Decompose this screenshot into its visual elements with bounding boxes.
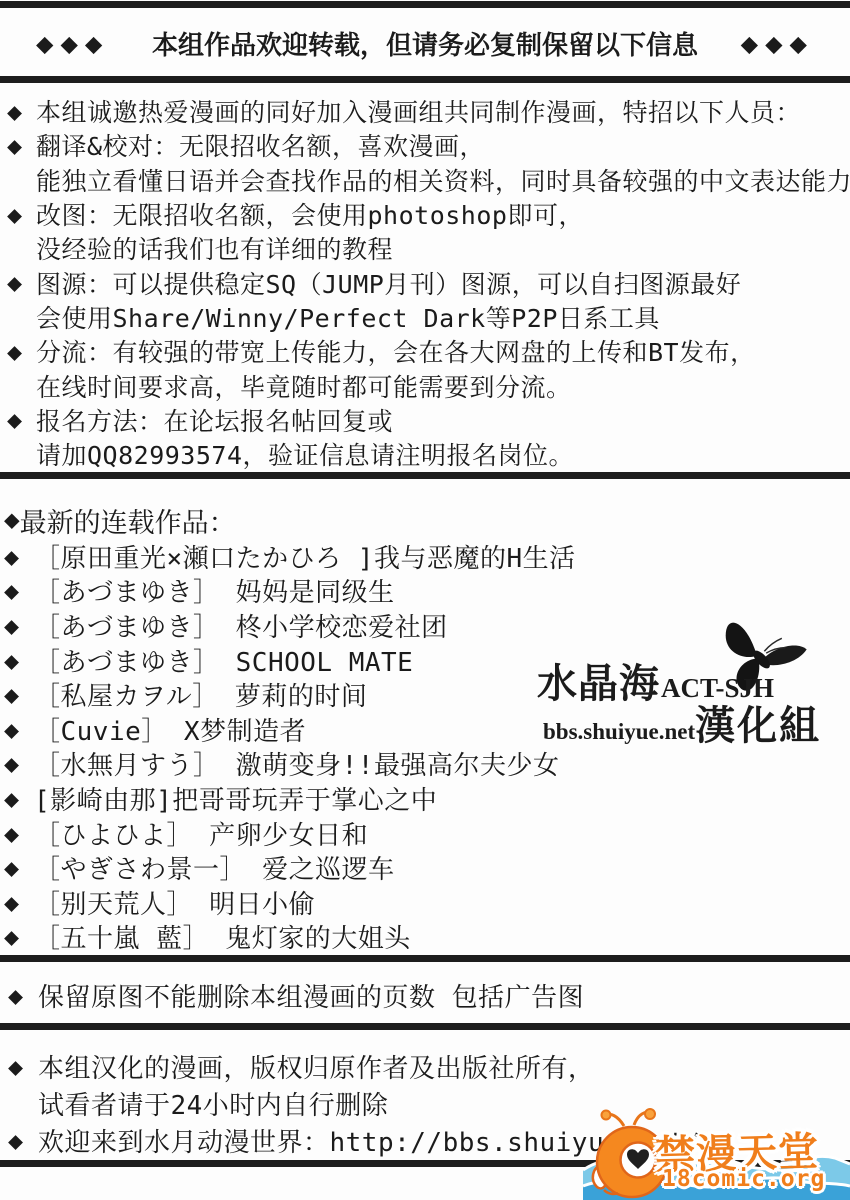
work-title: ［原田重光×瀬口たかひろ ]我与恶魔的H生活 — [34, 538, 576, 575]
recruit-text: 改图：无限招收名额，会使用photoshop即可， — [36, 196, 584, 232]
recruit-line: ◆分流：有较强的带宽上传能力，会在各大网盘的上传和BT发布， — [0, 334, 850, 368]
recruit-text: 能独立看懂日语并会查找作品的相关资料，同时具备较强的中文表达能力。 — [36, 162, 850, 198]
work-title: ［ひよひよ］ 产卵少女日和 — [34, 815, 368, 852]
divider-bar-notice-bottom — [0, 1023, 850, 1030]
logo-site-url: bbs.shuiyue.net — [543, 719, 695, 745]
recruit-line: 没经验的话我们也有详细的教程 — [0, 231, 850, 265]
footer-line: ◆本组汉化的漫画，版权归原作者及出版社所有， — [0, 1048, 850, 1085]
diamond-bullet-icon: ◆ — [0, 131, 36, 160]
recruit-line: 请加QQ82993574，验证信息请注明报名岗位。 — [0, 437, 850, 471]
work-item: ◆［五十嵐 藍］ 鬼灯家的大姐头 — [0, 920, 850, 955]
diamond-bullet-icon: ◆ — [0, 405, 36, 434]
page-title: 本组作品欢迎转载，但请务必复制保留以下信息 — [109, 25, 740, 62]
recruit-line: 能独立看懂日语并会查找作品的相关资料，同时具备较强的中文表达能力。 — [0, 163, 850, 197]
logo-group-suffix: 漢化組 — [695, 694, 821, 751]
work-item: ◆［别天荒人］ 明日小偷 — [0, 885, 850, 920]
diamond-bullet-icon: ◆ — [0, 542, 34, 571]
work-item: ◆［原田重光×瀬口たかひろ ]我与恶魔的H生活 — [0, 539, 850, 574]
recruit-text: 本组诚邀热爱漫画的同好加入漫画组共同制作漫画，特招以下人员： — [36, 93, 801, 129]
diamond-bullet-icon: ◆ — [0, 97, 36, 126]
diamond-bullet-icon: ◆ — [0, 200, 36, 229]
divider-bar-works — [0, 472, 850, 479]
diamond-bullet-icon: ◆ — [0, 337, 36, 366]
work-item: ◆［やぎさわ景一］ 爱之巡逻车 — [0, 850, 850, 885]
work-title: ［Cuvie］ X梦制造者 — [34, 711, 306, 748]
diamond-bullet-icon: ◆ — [0, 505, 20, 535]
diamond-bullet-icon: ◆ — [0, 1126, 38, 1155]
work-title: ［あづまゆき］ 柊小学校恋爱社团 — [34, 607, 448, 644]
diamond-bullet-icon: ◆ — [0, 981, 38, 1010]
notice-line: ◆保留原图不能删除本组漫画的页数 包括广告图 — [0, 978, 850, 1012]
work-item: ◆［ひよひよ］ 产卵少女日和 — [0, 816, 850, 851]
work-item: ◆［水無月すう］ 激萌变身!!最强高尔夫少女 — [0, 747, 850, 782]
watermark-site-url: 18comic.org — [662, 1166, 825, 1192]
divider-bar-notice-top — [0, 955, 850, 962]
works-heading-text: 最新的连载作品： — [20, 501, 236, 540]
work-title: ［あづまゆき］ SCHOOL MATE — [34, 642, 413, 679]
recruit-line: ◆改图：无限招收名额，会使用photoshop即可， — [0, 197, 850, 231]
diamond-deco-left: ◆◆◆ — [36, 26, 109, 60]
recruit-line: ◆报名方法：在论坛报名帖回复或 — [0, 403, 850, 437]
diamond-bullet-icon: ◆ — [0, 922, 34, 951]
divider-bar-header — [0, 76, 850, 83]
recruitment-section: ◆本组诚邀热爱漫画的同好加入漫画组共同制作漫画，特招以下人员： ◆翻译&校对：无… — [0, 94, 850, 471]
work-item: ◆［あづまゆき］ 妈妈是同级生 — [0, 574, 850, 609]
group-logo: 水晶海ACT-SJH bbs.shuiyue.net漢化組 — [535, 608, 830, 743]
diamond-bullet-icon: ◆ — [0, 576, 34, 605]
diamond-bullet-icon: ◆ — [0, 819, 34, 848]
work-title: ［水無月すう］ 激萌变身!!最强高尔夫少女 — [34, 745, 559, 782]
diamond-bullet-icon: ◆ — [0, 853, 34, 882]
recruit-line: 会使用Share/Winny/Perfect Dark等P2P日系工具 — [0, 300, 850, 334]
diamond-bullet-icon: ◆ — [0, 646, 34, 675]
work-title: ［别天荒人］ 明日小偷 — [34, 884, 315, 921]
diamond-bullet-icon: ◆ — [0, 749, 34, 778]
recruit-text: 翻译&校对：无限招收名额，喜欢漫画， — [36, 127, 485, 163]
recruit-text: 在线时间要求高，毕竟随时都可能需要到分流。 — [36, 368, 572, 404]
recruit-text: 分流：有较强的带宽上传能力，会在各大网盘的上传和BT发布， — [36, 333, 756, 369]
header-row: ◆◆◆ 本组作品欢迎转载，但请务必复制保留以下信息 ◆◆◆ — [0, 16, 850, 70]
work-title: ［あづまゆき］ 妈妈是同级生 — [34, 572, 395, 609]
recruit-line: 在线时间要求高，毕竟随时都可能需要到分流。 — [0, 368, 850, 402]
diamond-bullet-icon: ◆ — [0, 784, 34, 813]
recruit-line: ◆翻译&校对：无限招收名额，喜欢漫画， — [0, 128, 850, 162]
work-item: ◆[影崎由那]把哥哥玩弄于掌心之中 — [0, 781, 850, 816]
diamond-deco-right: ◆◆◆ — [741, 26, 814, 60]
work-title: [影崎由那]把哥哥玩弄于掌心之中 — [34, 780, 437, 817]
recruit-line: ◆本组诚邀热爱漫画的同好加入漫画组共同制作漫画，特招以下人员： — [0, 94, 850, 128]
works-heading: ◆最新的连载作品： — [0, 501, 850, 539]
diamond-bullet-icon: ◆ — [0, 1052, 38, 1081]
footer-text: 本组汉化的漫画，版权归原作者及出版社所有， — [38, 1048, 595, 1085]
diamond-bullet-icon: ◆ — [0, 888, 34, 917]
recruit-text: 请加QQ82993574，验证信息请注明报名岗位。 — [36, 436, 574, 472]
recruit-text: 图源：可以提供稳定SQ（JUMP月刊）图源，可以自扫图源最好 — [36, 265, 741, 301]
footer-line: 试看者请于24小时内自行删除 — [0, 1085, 850, 1122]
logo-line2: bbs.shuiyue.net漢化組 — [543, 694, 821, 751]
work-title: ［五十嵐 藍］ 鬼灯家的大姐头 — [34, 918, 411, 955]
recruit-text: 报名方法：在论坛报名帖回复或 — [36, 402, 393, 438]
recruit-text: 会使用Share/Winny/Perfect Dark等P2P日系工具 — [36, 299, 660, 335]
diamond-bullet-icon: ◆ — [0, 611, 34, 640]
divider-bar-top — [0, 1, 850, 8]
footer-text: 试看者请于24小时内自行删除 — [38, 1085, 388, 1122]
diamond-bullet-icon: ◆ — [0, 268, 36, 297]
recruit-line: ◆图源：可以提供稳定SQ（JUMP月刊）图源，可以自扫图源最好 — [0, 265, 850, 299]
notice-section: ◆保留原图不能删除本组漫画的页数 包括广告图 — [0, 978, 850, 1012]
recruit-text: 没经验的话我们也有详细的教程 — [36, 230, 393, 266]
diamond-bullet-icon: ◆ — [0, 680, 34, 709]
notice-text: 保留原图不能删除本组漫画的页数 包括广告图 — [38, 977, 584, 1014]
work-title: ［私屋カヲル］ 萝莉的时间 — [34, 676, 367, 713]
work-title: ［やぎさわ景一］ 爱之巡逻车 — [34, 849, 395, 886]
diamond-bullet-icon: ◆ — [0, 715, 34, 744]
